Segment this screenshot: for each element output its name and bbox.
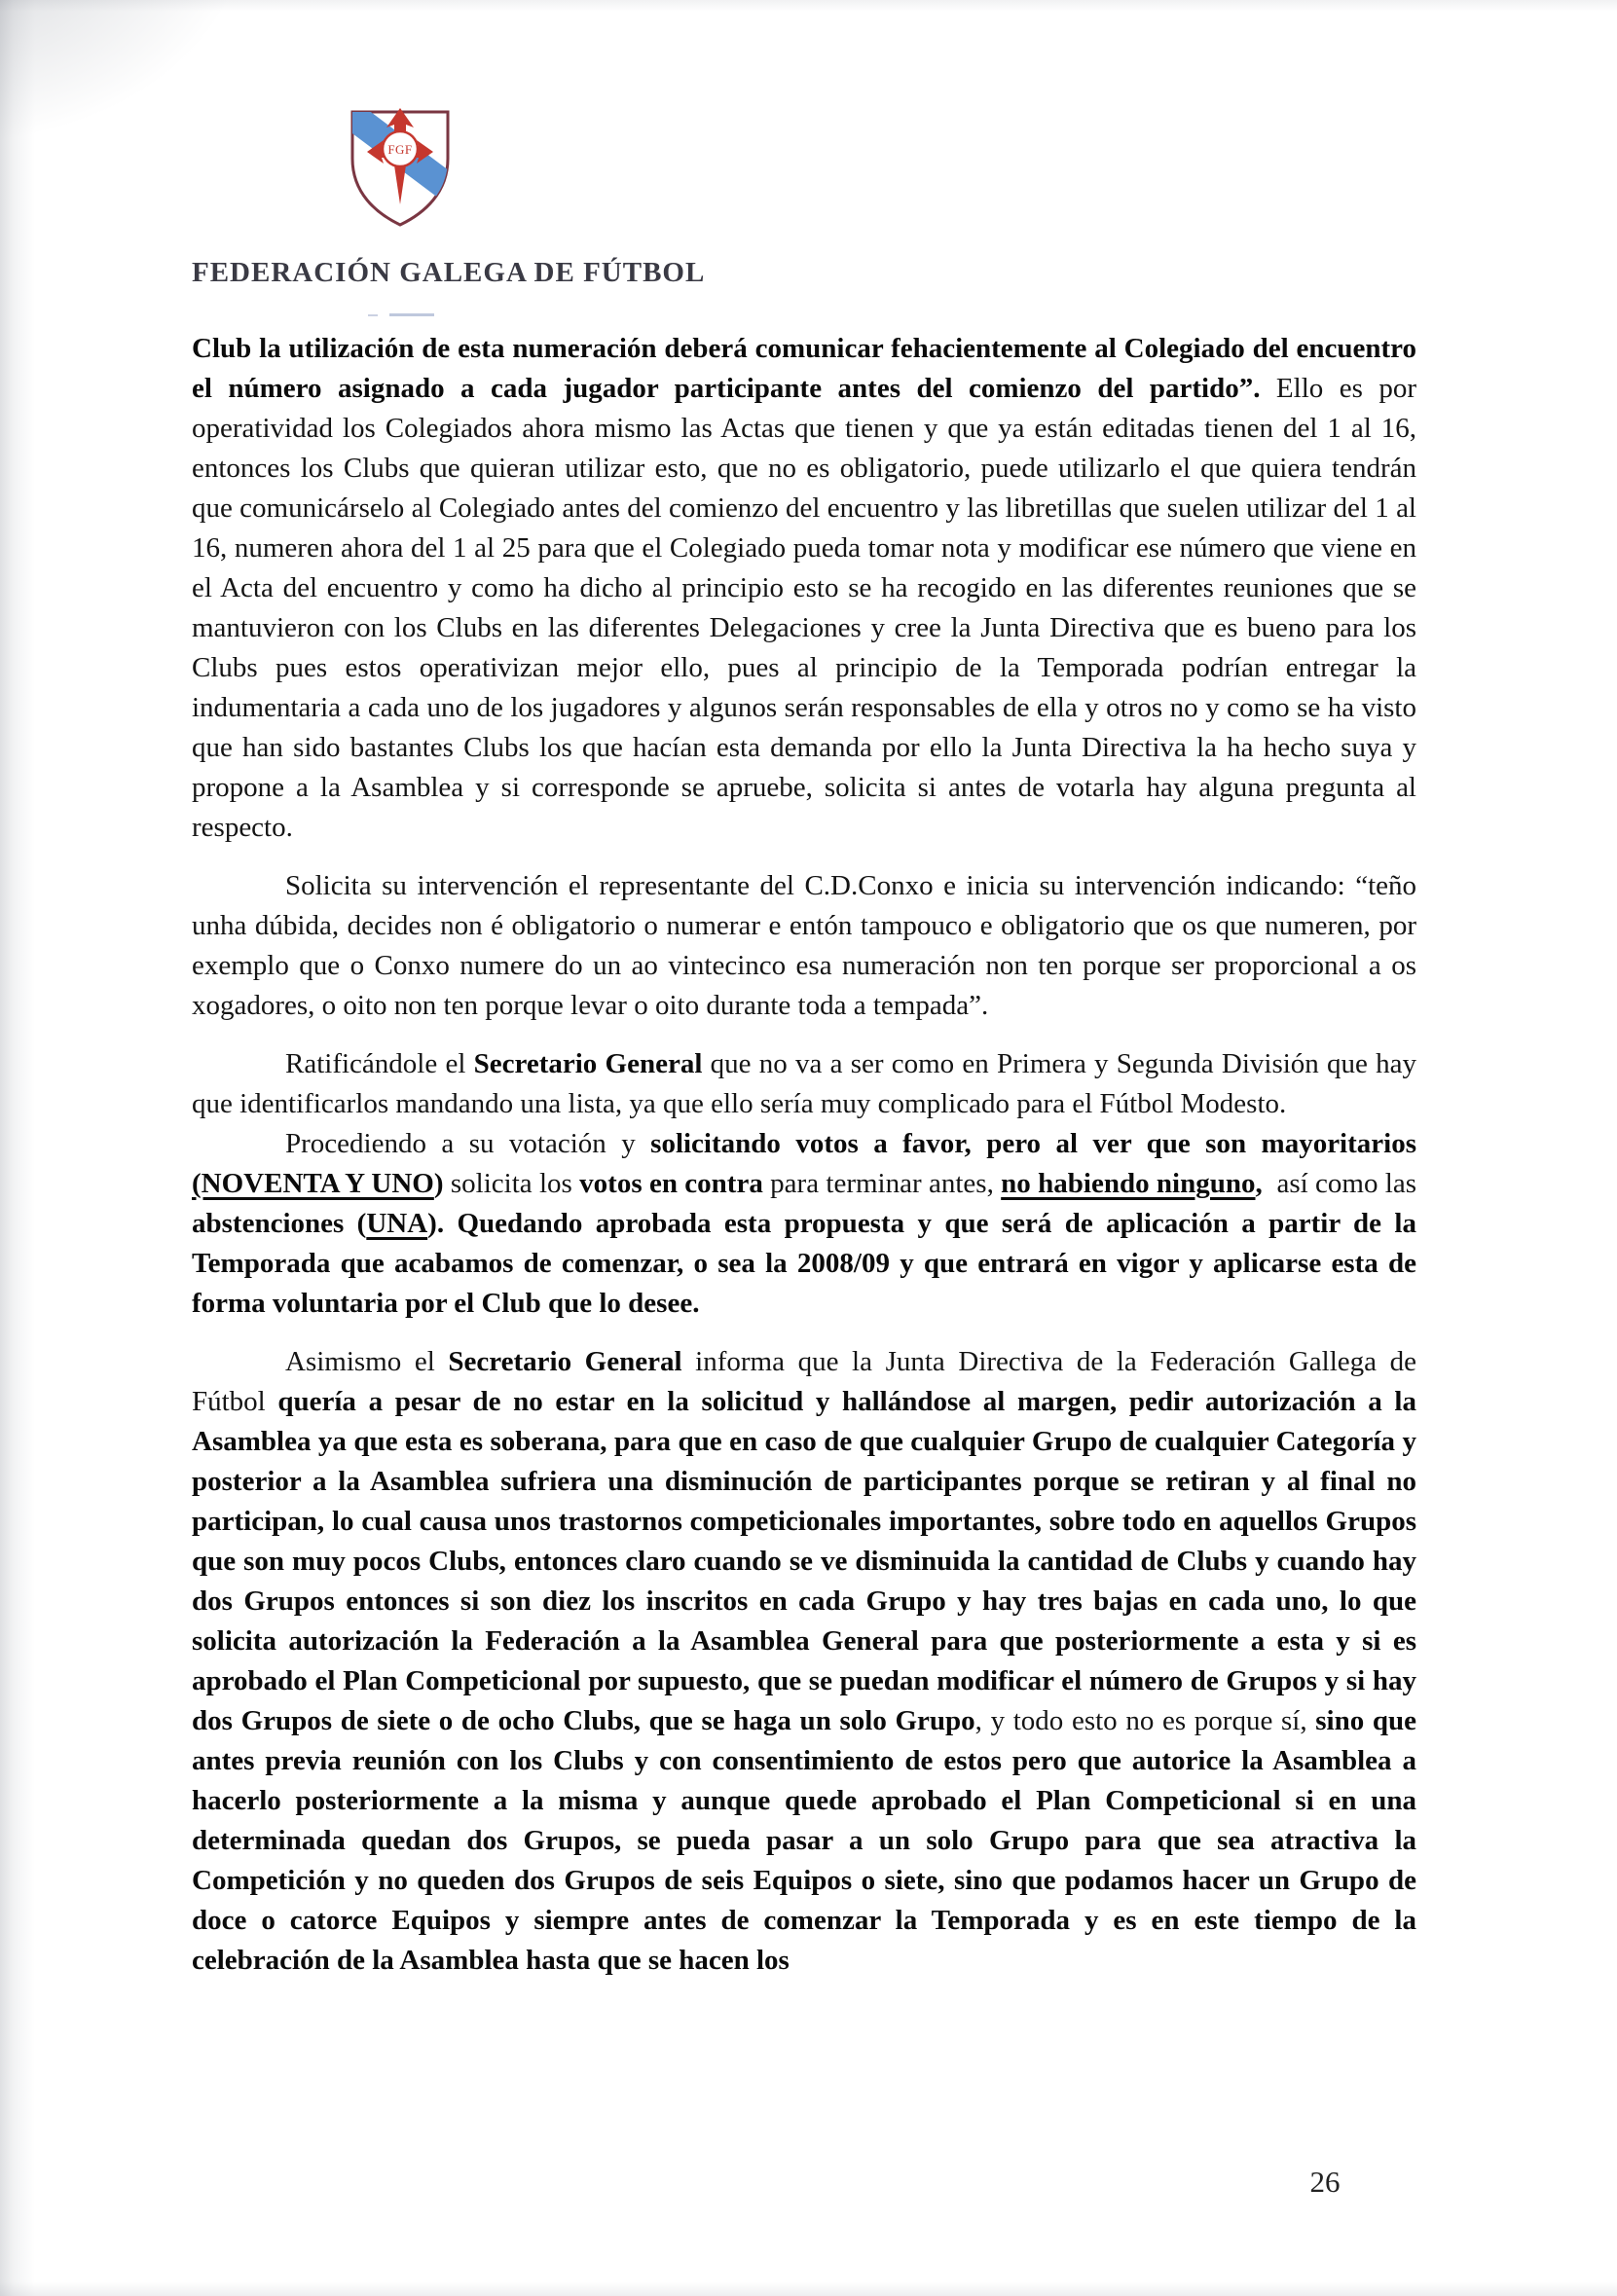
text-segment: Secretario General <box>448 1346 681 1377</box>
paragraph-numbering-proposal: Club la utilización de esta numeración d… <box>192 329 1416 848</box>
ink-dash-short <box>368 314 378 316</box>
paragraph-groups-authorization: Asimismo el Secretario General informa q… <box>192 1342 1416 1981</box>
federation-title: FEDERACIÓN GALEGA DE FÚTBOL <box>192 257 705 289</box>
text-segment: Club la utilización de esta numeración d… <box>192 333 1416 404</box>
text-segment: no habiendo ninguno <box>1001 1168 1255 1199</box>
text-segment: , y todo esto no es porque sí, <box>975 1705 1316 1736</box>
paragraph-secretary-reply: Ratificándole el Secretario General que … <box>192 1044 1416 1124</box>
text-segment: solicitando votos a favor, pero al ver q… <box>650 1128 1416 1159</box>
text-segment: ) <box>434 1168 444 1199</box>
paragraph-vote-result: Procediendo a su votación y solicitando … <box>192 1124 1416 1324</box>
text-segment: (NOVENTA Y UNO <box>192 1168 434 1199</box>
ink-dash-long <box>389 313 434 316</box>
text-segment: para terminar antes, <box>763 1168 1001 1199</box>
scanned-document-page: FGF FEDERACIÓN GALEGA DE FÚTBOL Club la … <box>0 0 1617 2296</box>
text-segment: solicita los <box>444 1168 580 1199</box>
text-segment: quería a pesar de no estar en la solicit… <box>192 1386 1416 1736</box>
monogram-text: FGF <box>387 142 412 157</box>
text-segment: sino que antes previa reunión con los Cl… <box>192 1705 1416 1976</box>
text-segment: Secretario General <box>474 1048 703 1079</box>
text-segment: , <box>1256 1168 1263 1199</box>
ink-smudge <box>368 313 436 317</box>
text-segment: votos en contra <box>579 1168 763 1199</box>
text-segment: abstenciones ( <box>192 1208 366 1239</box>
text-segment: así como las <box>1263 1168 1416 1199</box>
text-segment: Solicita su intervención el representant… <box>192 870 1416 1021</box>
text-segment: Procediendo a su votación y <box>285 1128 650 1159</box>
text-segment: Ratificándole el <box>285 1048 474 1079</box>
page-number: 26 <box>1291 2165 1359 2200</box>
paragraph-conxo-intervention: Solicita su intervención el representant… <box>192 866 1416 1026</box>
document-body: Club la utilización de esta numeración d… <box>192 329 1416 1981</box>
fgf-logo: FGF <box>341 101 459 232</box>
text-segment: UNA <box>366 1208 427 1239</box>
text-segment: Ello es por operatividad los Colegiados … <box>192 373 1416 843</box>
text-segment: Asimismo el <box>285 1346 448 1377</box>
